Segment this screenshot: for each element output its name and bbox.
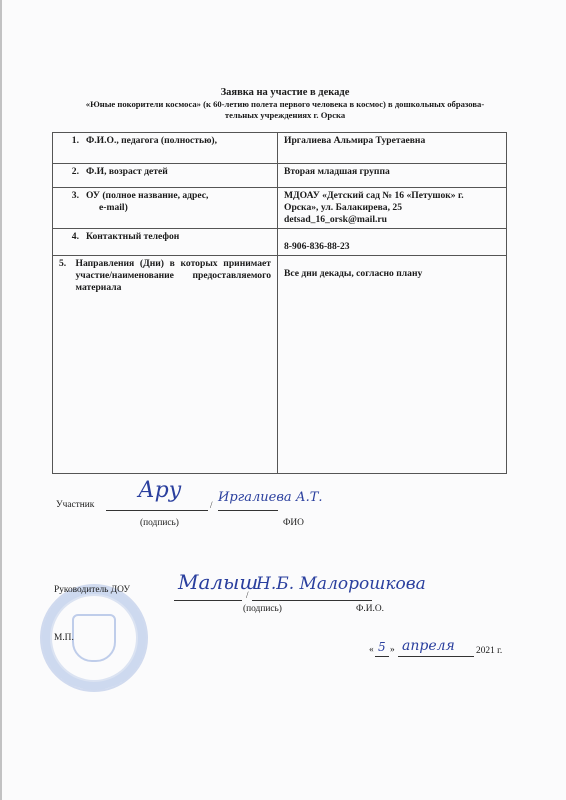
phone-number: 8-906-836-88-23 [284, 241, 500, 253]
date-open-quote: « [369, 645, 374, 655]
date-month-handwritten: апреля [402, 638, 455, 654]
participant-signature-caption: (подпись) [140, 518, 179, 528]
head-label: Руководитель ДОУ [54, 585, 130, 595]
participant-label: Участник [56, 500, 94, 510]
field-value-children-group: Вторая младшая группа [278, 164, 507, 188]
participant-name-caption: ФИО [283, 518, 304, 528]
field-label: 1.Ф.И.О., педагога (полностью), [53, 133, 278, 164]
document-header: Заявка на участие в декаде «Юные покорит… [50, 86, 520, 121]
document-subtitle-line2: тельных учреждениях г. Орска [50, 110, 520, 121]
participant-name-line [218, 510, 278, 511]
date-year: 2021 г. [476, 646, 502, 656]
date-day-line [375, 656, 389, 657]
label-text: Направления (Дни) в которых принимает уч… [75, 258, 271, 294]
head-name-handwritten: Н.Б. Малорошкова [256, 574, 426, 594]
separator-slash: / [210, 500, 213, 510]
seal-label: М.П. [54, 633, 74, 643]
label-text: Контактный телефон [86, 231, 179, 242]
label-text: Ф.И.О., педагога (полностью), [86, 135, 217, 146]
participant-signature-line [106, 510, 208, 511]
field-value-teacher-name: Иргалиева Альмира Туретаевна [278, 133, 507, 164]
head-name-line [252, 600, 372, 601]
field-label: 5.Направления (Дни) в которых принимает … [53, 256, 278, 474]
application-form-table: 1.Ф.И.О., педагога (полностью), Иргалиев… [52, 132, 507, 474]
table-row: 2.Ф.И, возраст детей Вторая младшая груп… [53, 164, 507, 188]
head-signature-line [174, 600, 242, 601]
row-number: 5. [59, 258, 68, 294]
field-value-phone: 8-906-836-88-23 [278, 229, 507, 256]
document-title: Заявка на участие в декаде [50, 86, 520, 99]
participant-signature: Ару [138, 478, 182, 503]
row-number: 1. [59, 135, 79, 147]
participant-name-handwritten: Иргалиева А.Т. [218, 490, 323, 505]
separator-slash: / [246, 590, 249, 600]
head-signature-caption: (подпись) [243, 604, 282, 614]
document-subtitle-line1: «Юные покорители космоса» (к 60-летию по… [50, 99, 520, 110]
field-label: 2.Ф.И, возраст детей [53, 164, 278, 188]
field-value-directions: Все дни декады, согласно плану [278, 256, 507, 474]
date-close-quote: » [390, 645, 395, 655]
head-name-caption: Ф.И.О. [356, 604, 384, 614]
institution-email: detsad_16_orsk@mail.ru [284, 214, 387, 225]
institution-name: МДОАУ «Детский сад № 16 «Петушок» г. Орс… [284, 190, 464, 213]
table-row: 1.Ф.И.О., педагога (полностью), Иргалиев… [53, 133, 507, 164]
table-row: 3.ОУ (полное название, адрес,e-mail) МДО… [53, 188, 507, 229]
table-row: 5.Направления (Дни) в которых принимает … [53, 256, 507, 474]
seal-emblem-icon [72, 614, 116, 662]
table-row: 4.Контактный телефон 8-906-836-88-23 [53, 229, 507, 256]
row-number: 4. [59, 231, 79, 243]
label-text: Ф.И, возраст детей [86, 166, 168, 177]
label-text: ОУ (полное название, адрес, [86, 190, 208, 201]
scan-page-edge [0, 0, 2, 800]
row-number: 3. [59, 190, 79, 202]
field-label: 4.Контактный телефон [53, 229, 278, 256]
row-number: 2. [59, 166, 79, 178]
date-day-handwritten: 5 [378, 640, 386, 654]
date-month-line [398, 656, 474, 657]
directions-text: Все дни декады, согласно плану [284, 268, 500, 280]
field-label: 3.ОУ (полное название, адрес,e-mail) [53, 188, 278, 229]
label-text-continued: e-mail) [59, 202, 271, 214]
field-value-institution: МДОАУ «Детский сад № 16 «Петушок» г. Орс… [278, 188, 507, 229]
